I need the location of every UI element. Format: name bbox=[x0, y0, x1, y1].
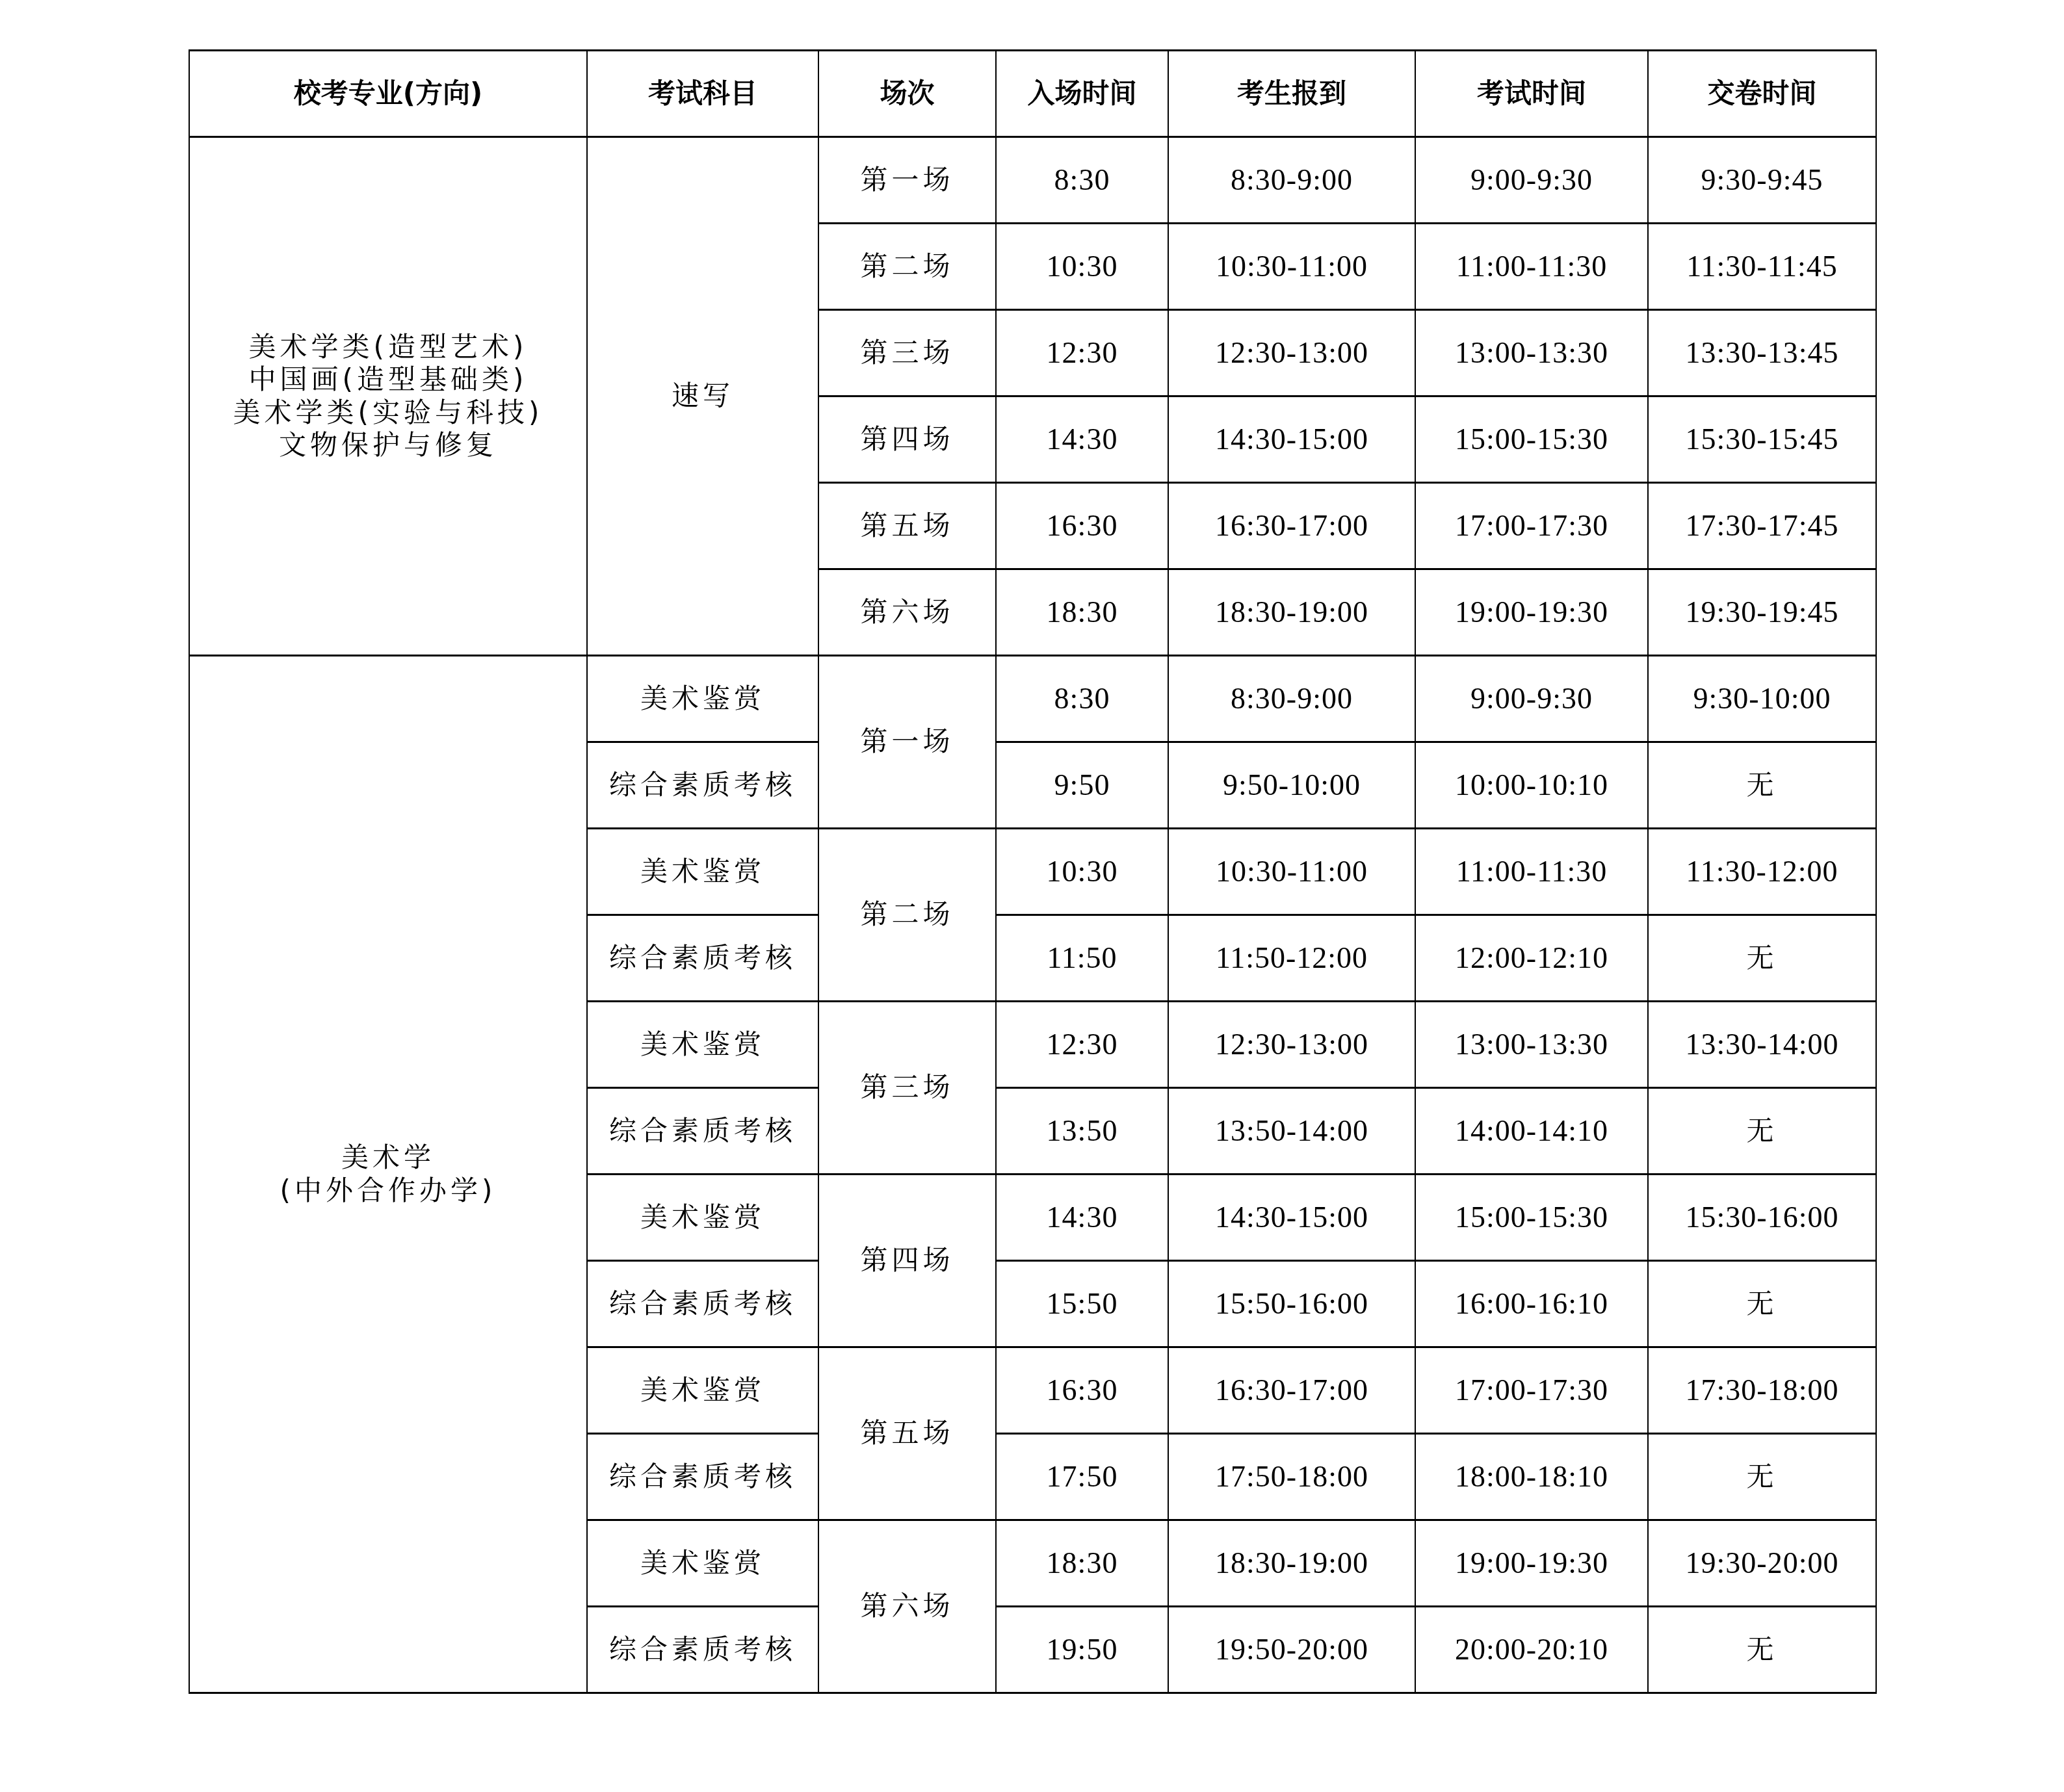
header-checkin: 考生报到 bbox=[1168, 51, 1415, 137]
exam-time-cell: 14:00-14:10 bbox=[1415, 1088, 1648, 1175]
subject-cell: 综合素质考核 bbox=[587, 1607, 818, 1693]
major-name: 中国画(造型基础类) bbox=[190, 363, 586, 396]
entry-time-cell: 8:30 bbox=[996, 656, 1168, 742]
subject-cell: 美术鉴赏 bbox=[587, 829, 818, 915]
entry-time-cell: 10:30 bbox=[996, 829, 1168, 915]
submit-time-cell: 无 bbox=[1648, 1261, 1876, 1347]
submit-time-cell: 9:30-10:00 bbox=[1648, 656, 1876, 742]
submit-time-cell: 13:30-13:45 bbox=[1648, 310, 1876, 396]
submit-time-cell: 无 bbox=[1648, 742, 1876, 829]
header-session: 场次 bbox=[818, 51, 996, 137]
subject-cell: 美术鉴赏 bbox=[587, 656, 818, 742]
submit-time-cell: 无 bbox=[1648, 1088, 1876, 1175]
submit-time-cell: 无 bbox=[1648, 1607, 1876, 1693]
major-cell-section2: 美术学 (中外合作办学) bbox=[189, 656, 587, 1693]
entry-time-cell: 18:30 bbox=[996, 569, 1168, 656]
submit-time-cell: 11:30-11:45 bbox=[1648, 224, 1876, 310]
checkin-cell: 12:30-13:00 bbox=[1168, 310, 1415, 396]
session-cell: 第四场 bbox=[818, 396, 996, 483]
session-cell: 第三场 bbox=[818, 1002, 996, 1175]
checkin-cell: 12:30-13:00 bbox=[1168, 1002, 1415, 1088]
subject-cell: 美术鉴赏 bbox=[587, 1520, 818, 1607]
checkin-cell: 18:30-19:00 bbox=[1168, 569, 1415, 656]
entry-time-cell: 18:30 bbox=[996, 1520, 1168, 1607]
submit-time-cell: 15:30-15:45 bbox=[1648, 396, 1876, 483]
submit-time-cell: 无 bbox=[1648, 915, 1876, 1002]
checkin-cell: 8:30-9:00 bbox=[1168, 137, 1415, 224]
exam-time-cell: 16:00-16:10 bbox=[1415, 1261, 1648, 1347]
exam-time-cell: 17:00-17:30 bbox=[1415, 483, 1648, 569]
entry-time-cell: 8:30 bbox=[996, 137, 1168, 224]
entry-time-cell: 17:50 bbox=[996, 1434, 1168, 1520]
exam-time-cell: 13:00-13:30 bbox=[1415, 310, 1648, 396]
checkin-cell: 17:50-18:00 bbox=[1168, 1434, 1415, 1520]
header-subject: 考试科目 bbox=[587, 51, 818, 137]
exam-time-cell: 15:00-15:30 bbox=[1415, 1175, 1648, 1261]
entry-time-cell: 16:30 bbox=[996, 483, 1168, 569]
checkin-cell: 19:50-20:00 bbox=[1168, 1607, 1415, 1693]
submit-time-cell: 11:30-12:00 bbox=[1648, 829, 1876, 915]
entry-time-cell: 9:50 bbox=[996, 742, 1168, 829]
session-cell: 第二场 bbox=[818, 829, 996, 1002]
table-row: 美术学 (中外合作办学) 美术鉴赏 第一场 8:30 8:30-9:00 9:0… bbox=[189, 656, 1876, 742]
header-entry-time: 入场时间 bbox=[996, 51, 1168, 137]
entry-time-cell: 12:30 bbox=[996, 310, 1168, 396]
exam-time-cell: 18:00-18:10 bbox=[1415, 1434, 1648, 1520]
exam-time-cell: 19:00-19:30 bbox=[1415, 569, 1648, 656]
entry-time-cell: 15:50 bbox=[996, 1261, 1168, 1347]
checkin-cell: 16:30-17:00 bbox=[1168, 1347, 1415, 1434]
session-cell: 第六场 bbox=[818, 569, 996, 656]
exam-time-cell: 9:00-9:30 bbox=[1415, 656, 1648, 742]
exam-time-cell: 10:00-10:10 bbox=[1415, 742, 1648, 829]
exam-time-cell: 13:00-13:30 bbox=[1415, 1002, 1648, 1088]
submit-time-cell: 9:30-9:45 bbox=[1648, 137, 1876, 224]
exam-time-cell: 20:00-20:10 bbox=[1415, 1607, 1648, 1693]
subject-cell: 美术鉴赏 bbox=[587, 1002, 818, 1088]
exam-time-cell: 12:00-12:10 bbox=[1415, 915, 1648, 1002]
major-name: 美术学 bbox=[190, 1141, 586, 1174]
session-cell: 第一场 bbox=[818, 137, 996, 224]
exam-time-cell: 15:00-15:30 bbox=[1415, 396, 1648, 483]
major-note: (中外合作办学) bbox=[190, 1175, 586, 1207]
session-cell: 第一场 bbox=[818, 656, 996, 829]
checkin-cell: 15:50-16:00 bbox=[1168, 1261, 1415, 1347]
entry-time-cell: 14:30 bbox=[996, 1175, 1168, 1261]
entry-time-cell: 14:30 bbox=[996, 396, 1168, 483]
major-name: 文物保护与修复 bbox=[190, 429, 586, 461]
checkin-cell: 9:50-10:00 bbox=[1168, 742, 1415, 829]
session-cell: 第四场 bbox=[818, 1175, 996, 1347]
entry-time-cell: 12:30 bbox=[996, 1002, 1168, 1088]
checkin-cell: 14:30-15:00 bbox=[1168, 396, 1415, 483]
entry-time-cell: 13:50 bbox=[996, 1088, 1168, 1175]
submit-time-cell: 15:30-16:00 bbox=[1648, 1175, 1876, 1261]
subject-cell: 综合素质考核 bbox=[587, 742, 818, 829]
header-major: 校考专业(方向) bbox=[189, 51, 587, 137]
subject-cell: 速写 bbox=[587, 137, 818, 656]
session-cell: 第三场 bbox=[818, 310, 996, 396]
checkin-cell: 16:30-17:00 bbox=[1168, 483, 1415, 569]
subject-cell: 综合素质考核 bbox=[587, 915, 818, 1002]
checkin-cell: 10:30-11:00 bbox=[1168, 829, 1415, 915]
major-name: 美术学类(实验与科技) bbox=[190, 396, 586, 429]
checkin-cell: 10:30-11:00 bbox=[1168, 224, 1415, 310]
submit-time-cell: 17:30-17:45 bbox=[1648, 483, 1876, 569]
header-row: 校考专业(方向) 考试科目 场次 入场时间 考生报到 考试时间 交卷时间 bbox=[189, 51, 1876, 137]
submit-time-cell: 17:30-18:00 bbox=[1648, 1347, 1876, 1434]
subject-cell: 综合素质考核 bbox=[587, 1261, 818, 1347]
session-cell: 第二场 bbox=[818, 224, 996, 310]
major-name: 美术学类(造型艺术) bbox=[190, 331, 586, 363]
session-cell: 第五场 bbox=[818, 1347, 996, 1520]
subject-cell: 综合素质考核 bbox=[587, 1434, 818, 1520]
table-row: 美术学类(造型艺术) 中国画(造型基础类) 美术学类(实验与科技) 文物保护与修… bbox=[189, 137, 1876, 224]
submit-time-cell: 19:30-20:00 bbox=[1648, 1520, 1876, 1607]
entry-time-cell: 10:30 bbox=[996, 224, 1168, 310]
entry-time-cell: 16:30 bbox=[996, 1347, 1168, 1434]
checkin-cell: 18:30-19:00 bbox=[1168, 1520, 1415, 1607]
exam-time-cell: 19:00-19:30 bbox=[1415, 1520, 1648, 1607]
exam-time-cell: 9:00-9:30 bbox=[1415, 137, 1648, 224]
major-cell-section1: 美术学类(造型艺术) 中国画(造型基础类) 美术学类(实验与科技) 文物保护与修… bbox=[189, 137, 587, 656]
session-cell: 第五场 bbox=[818, 483, 996, 569]
checkin-cell: 8:30-9:00 bbox=[1168, 656, 1415, 742]
exam-time-cell: 11:00-11:30 bbox=[1415, 224, 1648, 310]
exam-time-cell: 17:00-17:30 bbox=[1415, 1347, 1648, 1434]
submit-time-cell: 19:30-19:45 bbox=[1648, 569, 1876, 656]
session-cell: 第六场 bbox=[818, 1520, 996, 1693]
subject-cell: 美术鉴赏 bbox=[587, 1347, 818, 1434]
submit-time-cell: 13:30-14:00 bbox=[1648, 1002, 1876, 1088]
header-submit-time: 交卷时间 bbox=[1648, 51, 1876, 137]
exam-schedule-table: 校考专业(方向) 考试科目 场次 入场时间 考生报到 考试时间 交卷时间 美术学… bbox=[189, 49, 1877, 1694]
subject-cell: 美术鉴赏 bbox=[587, 1175, 818, 1261]
checkin-cell: 13:50-14:00 bbox=[1168, 1088, 1415, 1175]
header-exam-time: 考试时间 bbox=[1415, 51, 1648, 137]
submit-time-cell: 无 bbox=[1648, 1434, 1876, 1520]
subject-cell: 综合素质考核 bbox=[587, 1088, 818, 1175]
exam-time-cell: 11:00-11:30 bbox=[1415, 829, 1648, 915]
checkin-cell: 14:30-15:00 bbox=[1168, 1175, 1415, 1261]
checkin-cell: 11:50-12:00 bbox=[1168, 915, 1415, 1002]
entry-time-cell: 19:50 bbox=[996, 1607, 1168, 1693]
entry-time-cell: 11:50 bbox=[996, 915, 1168, 1002]
